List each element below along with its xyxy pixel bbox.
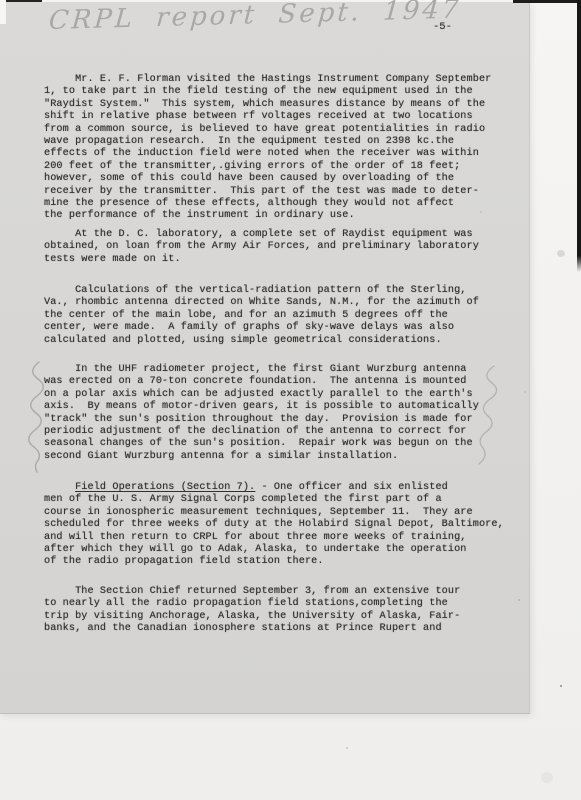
scanned-report-page: CRPL report Sept. 1947 -5- Mr. E. F. Flo… [0, 0, 581, 800]
field-operations-body: - One officer and six enlisted men of th… [44, 482, 504, 567]
page-number: -5- [433, 21, 452, 33]
scan-smudge [557, 250, 565, 257]
scan-artifact-top-left-line [0, 0, 42, 2]
paragraph-raydist-field-test: Mr. E. F. Florman visited the Hastings I… [44, 74, 491, 223]
pencil-squiggle-right-margin [470, 364, 504, 468]
scan-artifact-corner-notch [0, 0, 6, 24]
scan-artifact-top-right-line [513, 0, 581, 3]
paragraph-radiation-pattern: Calculations of the vertical-radiation p… [44, 285, 479, 347]
paragraph-uhf-radiometer-text: In the UHF radiometer project, the first… [44, 364, 479, 462]
paragraph-uhf-radiometer: In the UHF radiometer project, the first… [44, 364, 479, 463]
field-operations-indent [44, 482, 75, 493]
paragraph-field-operations: Field Operations (Section 7). - One offi… [44, 482, 504, 569]
scan-artifact-right-edge-strip [577, 0, 581, 272]
paragraph-section-chief-tour: The Section Chief returned September 3, … [44, 586, 460, 636]
pencil-squiggle-left-margin [20, 360, 54, 476]
field-operations-heading: Field Operations (Section 7). [75, 482, 255, 493]
scan-speck-cluster [88, 129, 90, 131]
paragraph-dc-laboratory: At the D. C. laboratory, a complete set … [44, 229, 479, 266]
